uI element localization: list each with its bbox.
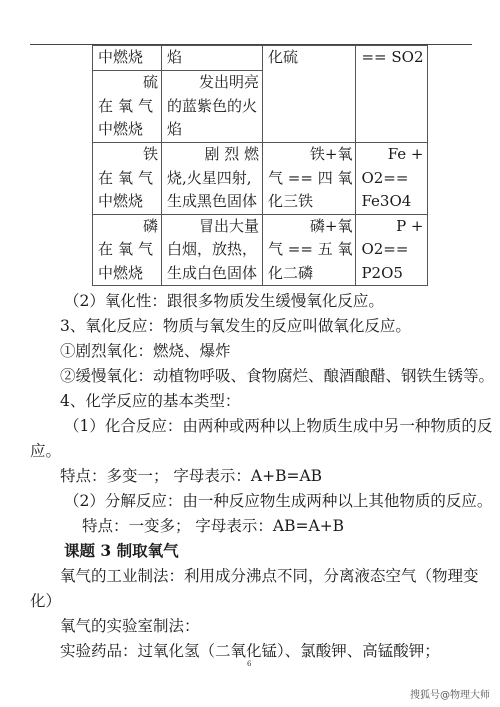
cell-text: 生成白色固体 xyxy=(167,262,259,286)
cell-text: 磷+氧 xyxy=(268,215,352,239)
cell-text: 铁+氧 xyxy=(268,143,352,167)
cell-text: 铁 xyxy=(98,143,158,167)
cell-text: 硫 xyxy=(98,71,158,95)
section-heading: 课题 3 制取氧气 xyxy=(64,539,179,561)
cell-text: 化硫 xyxy=(268,46,352,70)
table-cell: 化硫 xyxy=(263,46,356,143)
table-cell: Fe + O2== Fe3O4 xyxy=(356,143,427,215)
table-cell: 发出明亮 的蓝紫色的火 焰 xyxy=(162,71,263,143)
table-cell: 焰 xyxy=(162,46,263,71)
table-cell: P + O2== P2O5 xyxy=(356,214,427,286)
paragraph-lab-reagents: 实验药品：过氧化氢（二氧化锰）、氯酸钾、高锰酸钾； xyxy=(60,639,440,661)
cell-text: 在氧气 xyxy=(98,95,158,119)
cell-text: 化三铁 xyxy=(268,190,352,214)
cell-text: 中燃烧 xyxy=(98,46,158,70)
cell-text: 磷 xyxy=(98,215,158,239)
cell-text: Fe + xyxy=(361,143,423,167)
cell-text: 气 == 五 氧 xyxy=(268,238,352,262)
paragraph-slow-oxidation: ②缓慢氧化：动植物呼吸、食物腐烂、酿酒酿醋、钢铁生锈等。 xyxy=(60,364,494,386)
cell-text: 中燃烧 xyxy=(98,190,158,214)
cell-text: P2O5 xyxy=(361,262,423,286)
table-cell: 磷+氧 气 == 五 氧 化二磷 xyxy=(263,214,356,286)
paragraph-oxidation-reaction: 3、氧化反应：物质与氧发生的反应叫做氧化反应。 xyxy=(60,314,411,336)
table-cell: 铁 在氧气 中燃烧 xyxy=(93,143,162,215)
cell-text: 中燃烧 xyxy=(98,118,158,142)
paragraph-oxidizing: （2）氧化性：跟很多物质发生缓慢氧化反应。 xyxy=(64,289,384,311)
cell-text: 气 == 四 氧 xyxy=(268,167,352,191)
table-row: 磷 在氧气 中燃烧 冒出大量 白烟，放热， 生成白色固体 磷+氧 气 == 五 … xyxy=(93,214,428,286)
cell-text: Fe3O4 xyxy=(361,190,423,214)
table-row: 铁 在氧气 中燃烧 剧 烈 燃 烧,火星四射, 生成黑色固体 铁+氧 气 == … xyxy=(93,143,428,215)
paragraph-lab-method: 氧气的实验室制法： xyxy=(60,614,200,636)
table-cell: 中燃烧 xyxy=(93,46,162,71)
paragraph-combination: （1）化合反应：由两种或两种以上物质生成中另一种物质的反 xyxy=(64,414,492,436)
cell-text: 发出明亮 xyxy=(167,71,259,95)
cell-text: 焰 xyxy=(167,118,259,142)
paragraph-reaction-types: 4、化学反应的基本类型： xyxy=(60,389,240,411)
watermark: 搜狐号@物理大师 xyxy=(410,686,490,701)
table-cell: == SO2 xyxy=(356,46,427,143)
cell-text: == SO2 xyxy=(361,46,423,70)
cell-text: 中燃烧 xyxy=(98,262,158,286)
table-cell: 磷 在氧气 中燃烧 xyxy=(93,214,162,286)
cell-text: 的蓝紫色的火 xyxy=(167,95,259,119)
cell-text: 化二磷 xyxy=(268,262,352,286)
cell-text: 生成黑色固体 xyxy=(167,190,259,214)
paragraph-decomposition-feature: 特点：一变多； 字母表示：AB=A+B xyxy=(82,514,344,536)
paragraph-industrial-method-cont: 化） xyxy=(30,589,61,611)
paragraph-combination-feature: 特点：多变一； 字母表示：A+B=AB xyxy=(60,464,322,486)
cell-text: O2== xyxy=(361,238,423,262)
table-row: 中燃烧 焰 化硫 == SO2 xyxy=(93,46,428,71)
paragraph-violent-oxidation: ①剧烈氧化：燃烧、爆炸 xyxy=(60,339,231,361)
paragraph-decomposition: （2）分解反应：由一种反应物生成两种以上其他物质的反应。 xyxy=(64,489,492,511)
cell-text: 焰 xyxy=(167,46,259,70)
table-cell: 铁+氧 气 == 四 氧 化三铁 xyxy=(263,143,356,215)
cell-text: P + xyxy=(361,215,423,239)
combustion-table: 中燃烧 焰 化硫 == SO2 硫 在氧气 中燃烧 发出明亮 的蓝紫色的火 焰 … xyxy=(92,45,428,286)
page-number: 6 xyxy=(247,660,251,668)
cell-text: 剧 烈 燃 xyxy=(167,143,259,167)
cell-text: 在氧气 xyxy=(98,238,158,262)
cell-text: 烧,火星四射, xyxy=(167,167,259,191)
table-cell: 硫 在氧气 中燃烧 xyxy=(93,71,162,143)
cell-text: O2== xyxy=(361,167,423,191)
cell-text: 在氧气 xyxy=(98,167,158,191)
cell-text: 冒出大量 xyxy=(167,215,259,239)
paragraph-industrial-method: 氧气的工业制法：利用成分沸点不同，分离液态空气（物理变 xyxy=(60,564,479,586)
table-cell: 剧 烈 燃 烧,火星四射, 生成黑色固体 xyxy=(162,143,263,215)
cell-text: 白烟，放热， xyxy=(167,238,259,262)
paragraph-combination-cont: 应。 xyxy=(30,439,61,461)
table-cell: 冒出大量 白烟，放热， 生成白色固体 xyxy=(162,214,263,286)
